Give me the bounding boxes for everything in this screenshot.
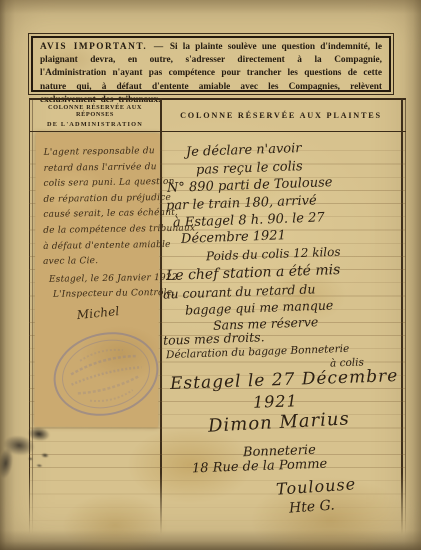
admin-response-line: de la compétence des tribunaux [43,222,155,239]
admin-response-line: colis sera puni. La question [43,175,155,192]
column-header-admin-line1: COLONNE RÉSERVÉE AUX RÉPONSES [30,104,160,118]
complainant-department: Hte G. [288,497,335,516]
admin-response-line: L'agent responsable du [44,144,156,161]
column-header-admin: COLONNE RÉSERVÉE AUX RÉPONSES DE L'ADMIN… [30,99,160,131]
scanned-register-page: AVIS IMPORTANT. — Si la plainte soulève … [0,0,421,550]
complaint-date-year: 1921 [253,391,298,412]
important-notice-box: AVIS IMPORTANT. — Si la plainte soulève … [28,33,394,95]
column-header-admin-line2: DE L'ADMINISTRATION [30,121,160,128]
column-header-plaintes: COLONNE RÉSERVÉE AUX PLAINTES [161,99,401,131]
admin-response-line: causé serait, le cas échéant, [43,207,155,224]
important-notice-inner-border: AVIS IMPORTANT. — Si la plainte soulève … [31,36,391,92]
notice-title: AVIS IMPORTANT. — [40,42,165,52]
admin-response-line: avec la Cie. [43,253,155,270]
header-bottom-border [29,131,406,132]
column-header-plaintes-label: COLONNE RÉSERVÉE AUX PLAINTES [180,111,382,120]
